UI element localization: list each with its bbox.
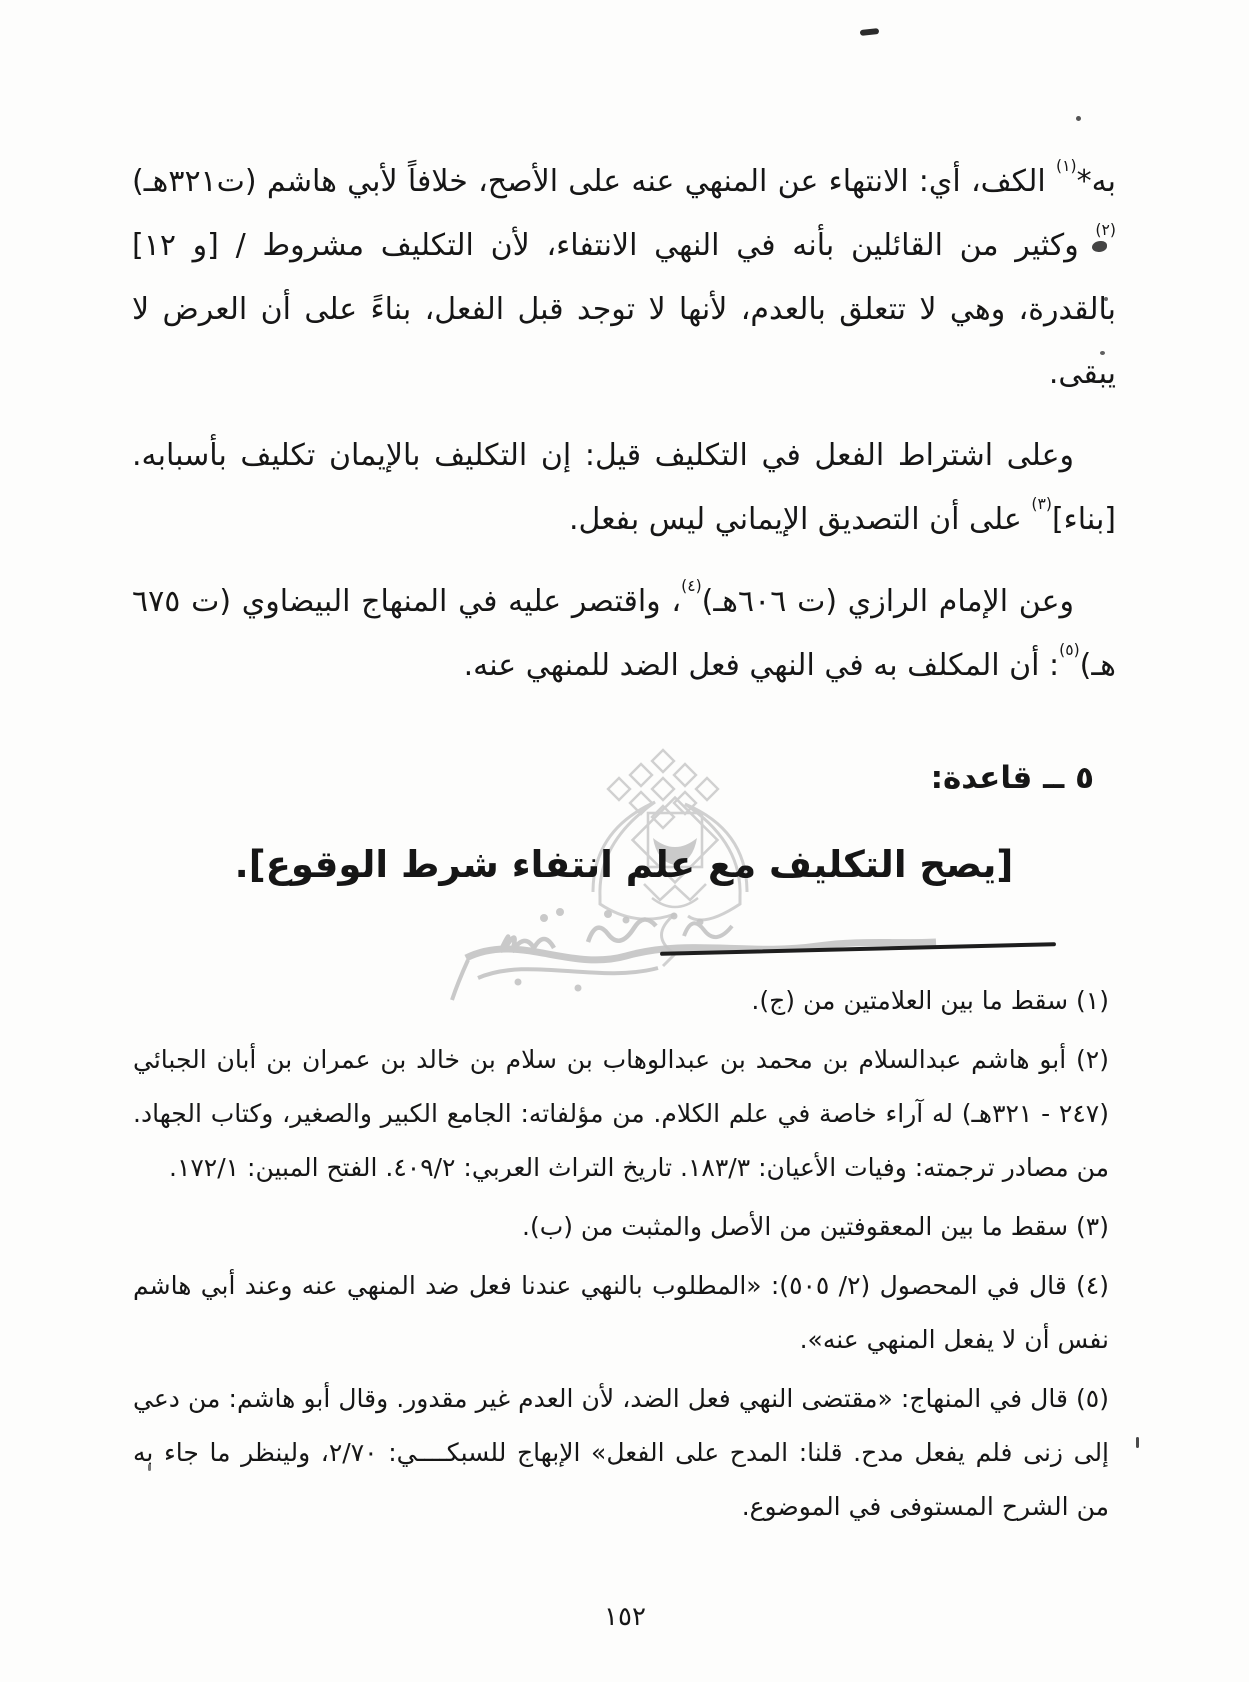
- footnote-item: (٢) أبو هاشم عبدالسلام بن محمد بن عبدالو…: [133, 1033, 1109, 1195]
- section-heading: ٥ ــ قاعدة:: [132, 746, 1116, 810]
- footnote-separator-line: [660, 942, 1056, 956]
- footnote-text: قال في المحصول (٢/ ٥٠٥): «المطلوب بالنهي…: [133, 1271, 1109, 1354]
- footnote-item: (٣) سقط ما بين المعقوفتين من الأصل والمث…: [133, 1200, 1109, 1254]
- footnotes-block: (١) سقط ما بين العلامتين من (ج). (٢) أبو…: [133, 974, 1109, 1539]
- footnote-marker: (٥): [1076, 1384, 1109, 1413]
- footnote-marker: (٤): [1076, 1271, 1109, 1300]
- footnote-item: (١) سقط ما بين العلامتين من (ج).: [133, 974, 1109, 1028]
- scan-speck: [148, 1464, 151, 1471]
- footnote-reference: (٣): [1031, 495, 1052, 513]
- footnote-item: (٥) قال في المنهاج: «مقتضى النهي فعل الض…: [133, 1372, 1109, 1534]
- footnote-marker: (١): [1076, 986, 1109, 1015]
- page-number: ١٥٢: [133, 1602, 1117, 1632]
- scan-speck: [1100, 351, 1105, 355]
- footnote-text: سقط ما بين المعقوفتين من الأصل والمثبت م…: [522, 1212, 1068, 1241]
- scan-speck: [1104, 297, 1108, 301]
- main-text-block: به*(١) الكف، أي: الانتهاء عن المنهي عنه …: [132, 150, 1116, 898]
- body-paragraph: وعن الإمام الرازي (ت ٦٠٦هـ)(٤)، واقتصر ع…: [132, 570, 1116, 698]
- footnote-marker: (٢): [1076, 1045, 1109, 1074]
- bracketed-rule-text: [يصح التكليف مع علم انتفاء شرط الوقوع].: [132, 832, 1116, 898]
- footnote-reference: (٢): [1095, 221, 1116, 239]
- footnote-reference: (١): [1056, 157, 1077, 175]
- scan-speck: [1076, 116, 1081, 121]
- footnote-text: أبو هاشم عبدالسلام بن محمد بن عبدالوهاب …: [133, 1045, 1109, 1182]
- footnote-reference: (٤): [681, 577, 702, 595]
- scanned-book-page: به*(١) الكف، أي: الانتهاء عن المنهي عنه …: [0, 0, 1249, 1682]
- body-paragraph: به*(١) الكف، أي: الانتهاء عن المنهي عنه …: [132, 150, 1116, 406]
- scan-speck: [1136, 1437, 1139, 1448]
- body-paragraph: وعلى اشتراط الفعل في التكليف قيل: إن الت…: [132, 424, 1116, 552]
- footnote-marker: (٣): [1076, 1212, 1109, 1241]
- footnote-item: (٤) قال في المحصول (٢/ ٥٠٥): «المطلوب با…: [133, 1259, 1109, 1367]
- footnote-text: قال في المنهاج: «مقتضى النهي فعل الضد، ل…: [133, 1384, 1109, 1521]
- footnote-text: سقط ما بين العلامتين من (ج).: [751, 986, 1068, 1015]
- scan-speck: [860, 28, 880, 36]
- footnote-reference: (٥): [1059, 641, 1080, 659]
